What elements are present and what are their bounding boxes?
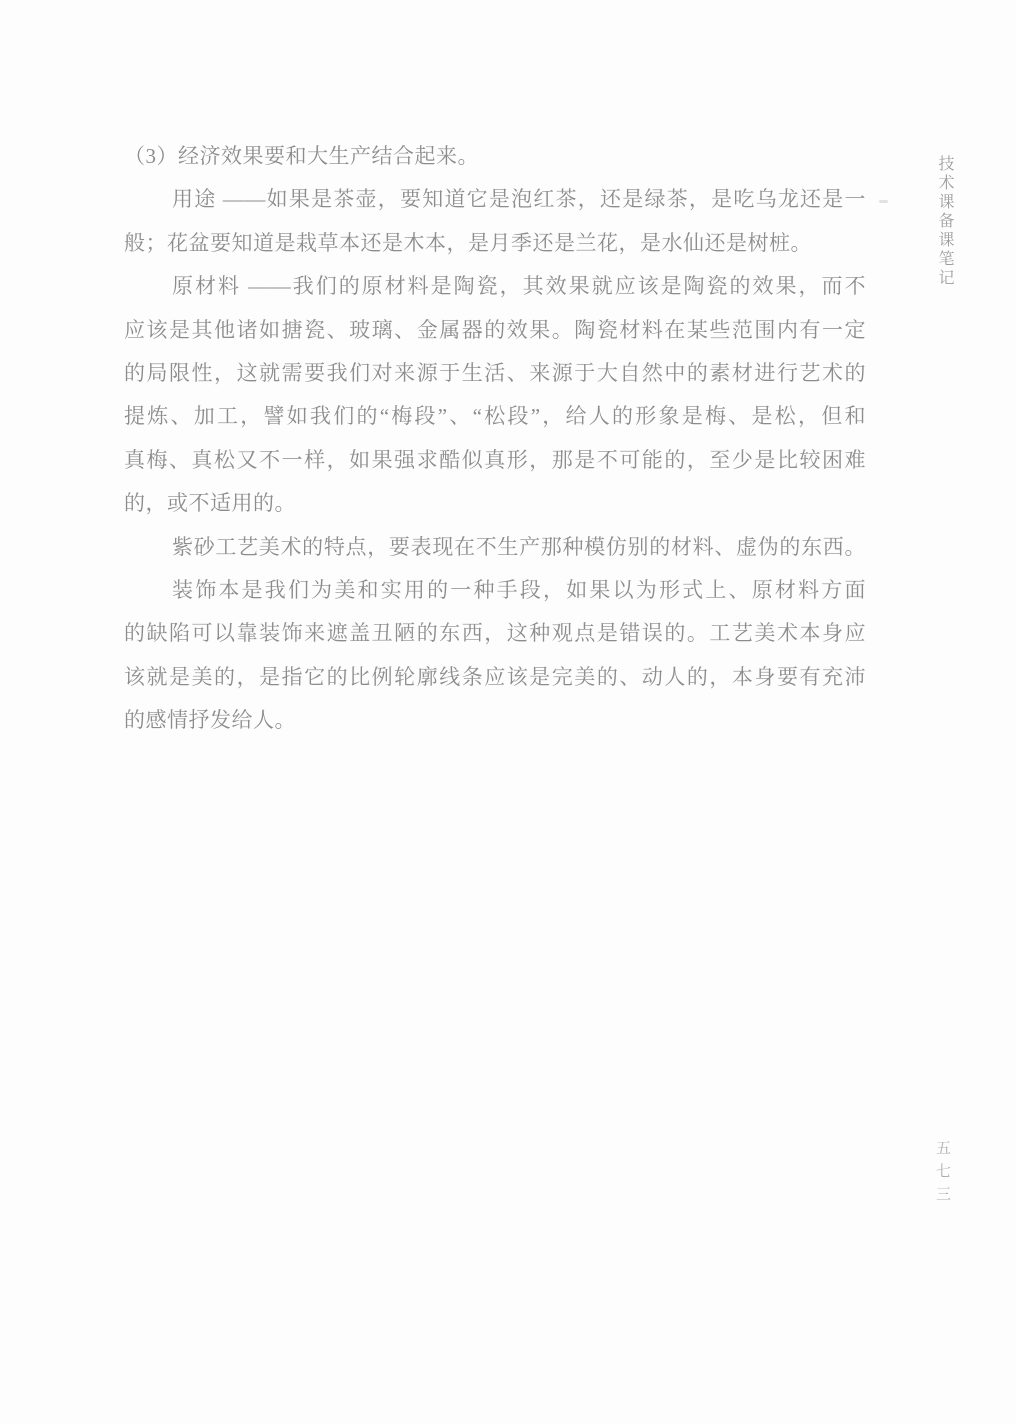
text-line: 提炼、加工，譬如我们的“梅段”、“松段”，给人的形象是梅、是松，但和 — [124, 395, 866, 438]
text-line: 真梅、真松又不一样，如果强求酷似真形，那是不可能的，至少是比较困难 — [124, 439, 866, 482]
text-line: 装饰本是我们为美和实用的一种手段，如果以为形式上、原材料方面 — [124, 569, 866, 612]
text-line: 用途 ——如果是茶壶，要知道它是泡红茶，还是绿茶，是吃乌龙还是一 — [124, 178, 866, 221]
text-line: 的，或不适用的。 — [124, 482, 866, 525]
text-line: 紫砂工艺美术的特点，要表现在不生产那种模仿别的材料、虚伪的东西。 — [124, 526, 866, 569]
text-line: （3）经济效果要和大生产结合起来。 — [124, 135, 866, 178]
text-line: 应该是其他诸如搪瓷、玻璃、金属器的效果。陶瓷材料在某些范围内有一定 — [124, 309, 866, 352]
text-line: 该就是美的，是指它的比例轮廓线条应该是完美的、动人的，本身要有充沛 — [124, 656, 866, 699]
text-line: 的局限性，这就需要我们对来源于生活、来源于大自然中的素材进行艺术的 — [124, 352, 866, 395]
text-line: 的感情抒发给人。 — [124, 699, 866, 742]
scanned-book-page: （3）经济效果要和大生产结合起来。 用途 ——如果是茶壶，要知道它是泡红茶，还是… — [0, 0, 1016, 1424]
page-number-vertical: 五七三 — [932, 1140, 953, 1209]
text-line: 般；花盆要知道是栽草本还是木本，是月季还是兰花，是水仙还是树桩。 — [124, 222, 866, 265]
body-text-block: （3）经济效果要和大生产结合起来。 用途 ——如果是茶壶，要知道它是泡红茶，还是… — [124, 135, 866, 743]
text-line: 原材料 ——我们的原材料是陶瓷，其效果就应该是陶瓷的效果，而不 — [124, 265, 866, 308]
scan-smudge-artifact — [879, 200, 888, 203]
text-line: 的缺陷可以靠装饰来遮盖丑陋的东西，这种观点是错误的。工艺美术本身应 — [124, 612, 866, 655]
margin-vertical-label: 技术课备课笔记 — [933, 155, 956, 288]
